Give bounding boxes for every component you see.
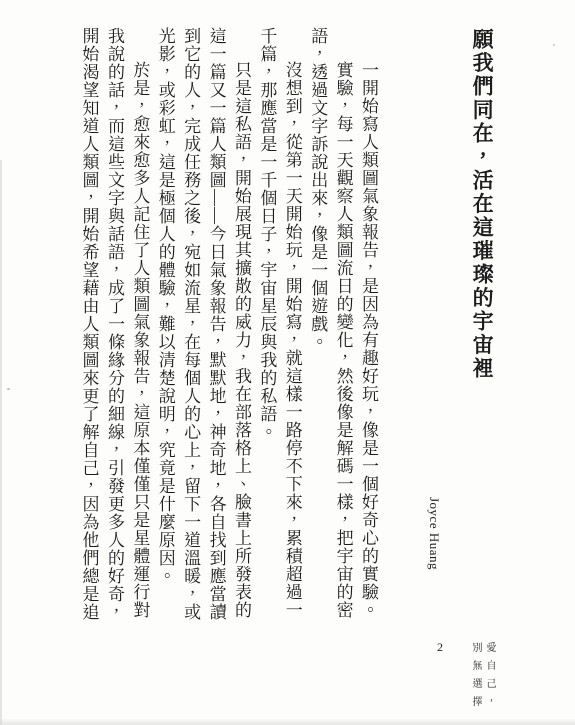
body-paragraph: 於是，愈來愈多人記住了人類圖氣象報告，這原本僅僅只是星體運行對我說的話，而這些文… [76,27,152,629]
scan-edge-artifact [0,160,2,725]
chapter-title: 願我們同在，活在這璀璨的宇宙裡 [467,28,497,408]
book-page: 願我們同在，活在這璀璨的宇宙裡 Joyce Huang 一開始寫人類圖氣象報告，… [0,0,575,725]
scan-speck [553,44,555,46]
body-text: 一開始寫人類圖氣象報告，是因為有趣好玩，像是一個好奇心的實驗。 實驗，每一天觀察… [74,27,381,629]
scan-speck [7,388,10,390]
body-paragraph: 實驗，每一天觀察人類圖流日的變化，然後像是解碼一樣，把宇宙的密語，透過文字訴說出… [305,27,356,629]
body-paragraph: 只是這私語，開始展現其擴散的威力，我在部落格上、臉書上所發表的這一篇又一篇人類圖… [152,27,254,629]
page-number: 2 [437,640,443,655]
scan-edge-artifact [0,718,575,725]
author-name: Joyce Huang [426,497,442,617]
body-paragraph: 一開始寫人類圖氣象報告，是因為有趣好玩，像是一個好奇心的實驗。 [356,27,381,629]
body-paragraph: 沒想到，從第一天開始玩，開始寫，就這樣一路停不下來，累積超過一千篇，那應當是一千… [254,27,305,629]
footer-book-title-left: 別無選擇 [468,642,483,717]
footer-book-title-right: 愛自己， [482,642,497,717]
